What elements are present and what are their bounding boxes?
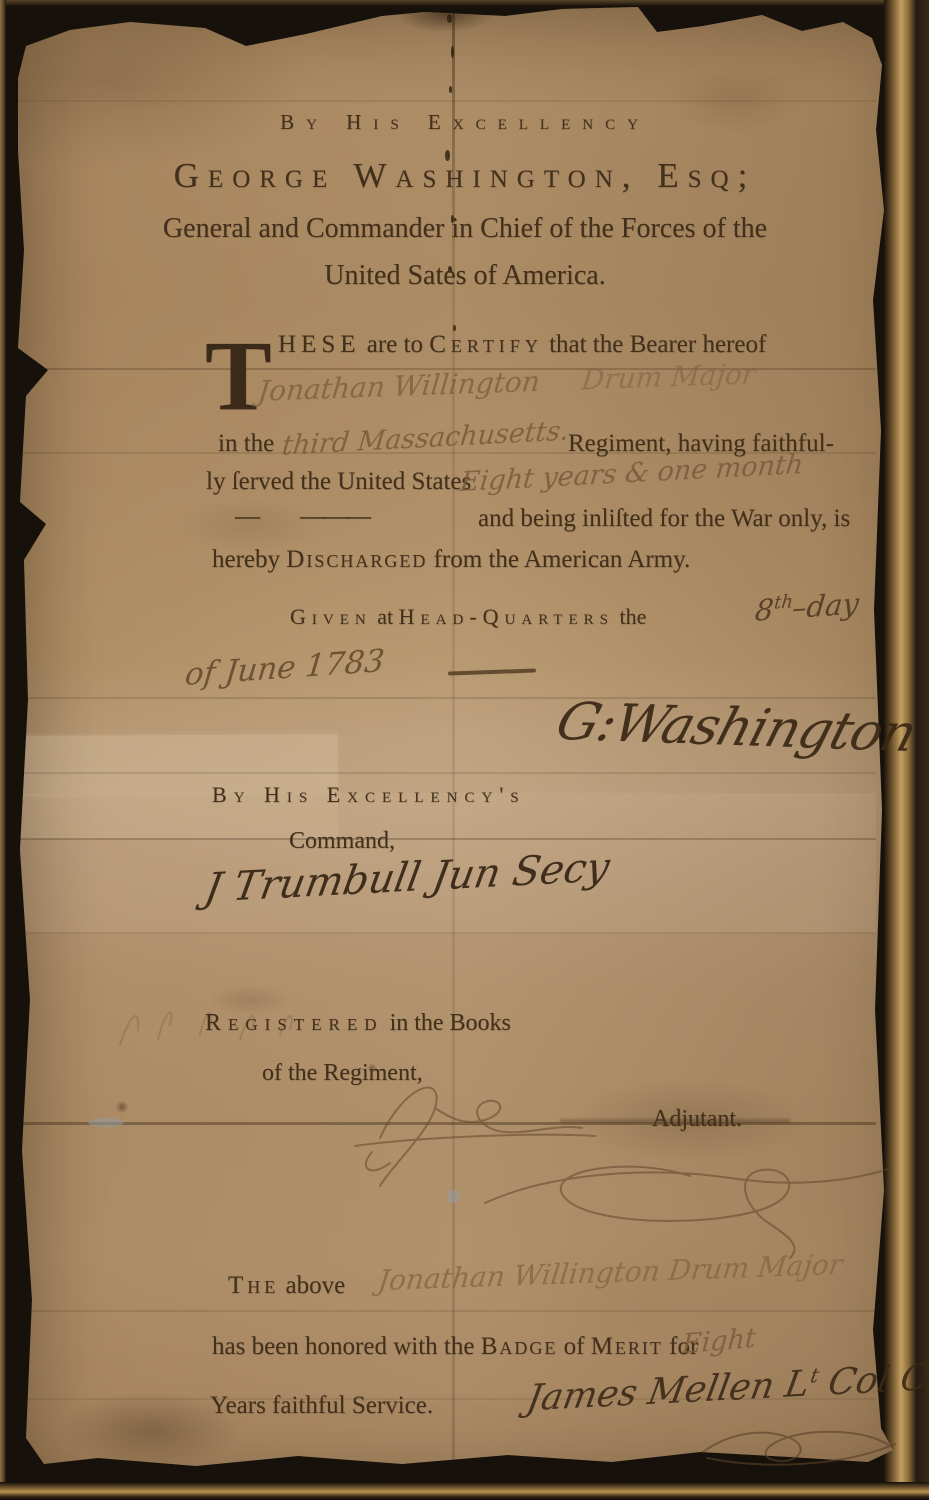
badge-word: Badge [481, 1333, 558, 1360]
blank-dash-short: — [235, 503, 258, 531]
certify-word: Certify [429, 331, 543, 358]
these-word: HESE [278, 331, 361, 358]
frame-edge-bottom [0, 1482, 929, 1500]
of-text: of [557, 1333, 590, 1360]
in-books-text: in the Books [384, 1010, 511, 1036]
handwritten-eight: Eight [681, 1323, 757, 1361]
given-line: Given at Head-Quarters the [290, 604, 646, 630]
honored-text: has been honored with the [212, 1333, 481, 1360]
registered-line: Registered in the Books [205, 1010, 511, 1037]
at-text: at [372, 604, 399, 629]
blank-dash-long: ——— [300, 503, 369, 531]
years-service-line: Years faithful Service. [210, 1392, 433, 1420]
the-above-line: The above [228, 1272, 345, 1300]
frame-edge-top [0, 0, 929, 6]
hereby-text: hereby [212, 546, 286, 573]
certify-line: HESE are to Certify that the Bearer here… [278, 331, 766, 359]
by-his-excellencys-line: By His Excellency's [212, 782, 526, 808]
served-line: ly ſerved the United States [206, 468, 471, 496]
the-word: The [228, 1272, 279, 1299]
pen-flourish [470, 1148, 895, 1263]
are-to-text: are to [361, 331, 430, 358]
badge-of-merit-line: has been honored with the Badge of Merit… [212, 1333, 698, 1361]
framed-discharge-certificate: By His Excellency George Washington, Esq… [0, 0, 929, 1500]
above-word: above [279, 1272, 345, 1299]
discharged-line: hereby Discharged from the American Army… [212, 546, 690, 574]
merit-word: Merit [591, 1333, 663, 1360]
from-army-text: from the American Army. [427, 546, 690, 573]
in-the-text: in the [218, 430, 274, 458]
discharged-word: Discharged [286, 546, 427, 573]
header-george-washington: George Washington, Esq; [40, 156, 890, 196]
day-word: day [805, 586, 861, 624]
command-word: Command, [289, 828, 395, 855]
header-commander-line: General and Commander in Chief of the Fo… [40, 213, 890, 245]
bearer-text: that the Bearer hereof [543, 331, 767, 358]
soldier-rank-text: Drum Major [580, 357, 757, 396]
mellen-flourish [695, 1422, 900, 1480]
header-united-states-line: United Sates of America. [40, 260, 890, 292]
adjutant-label: Adjutant. [652, 1106, 742, 1133]
washington-signature: G:Washington [550, 692, 923, 764]
frame-edge-left [0, 0, 6, 1500]
registered-word: Registered [205, 1010, 384, 1036]
given-word: Given [290, 604, 372, 629]
the-text: the [614, 604, 646, 629]
mellen-sig-text2: Col Com [814, 1354, 929, 1404]
headquarters-word: Head-Quarters [399, 604, 614, 629]
enlisted-line: and being inliſted for the War only, is [478, 505, 850, 533]
header-by-his-excellency: By His Excellency [40, 110, 890, 135]
